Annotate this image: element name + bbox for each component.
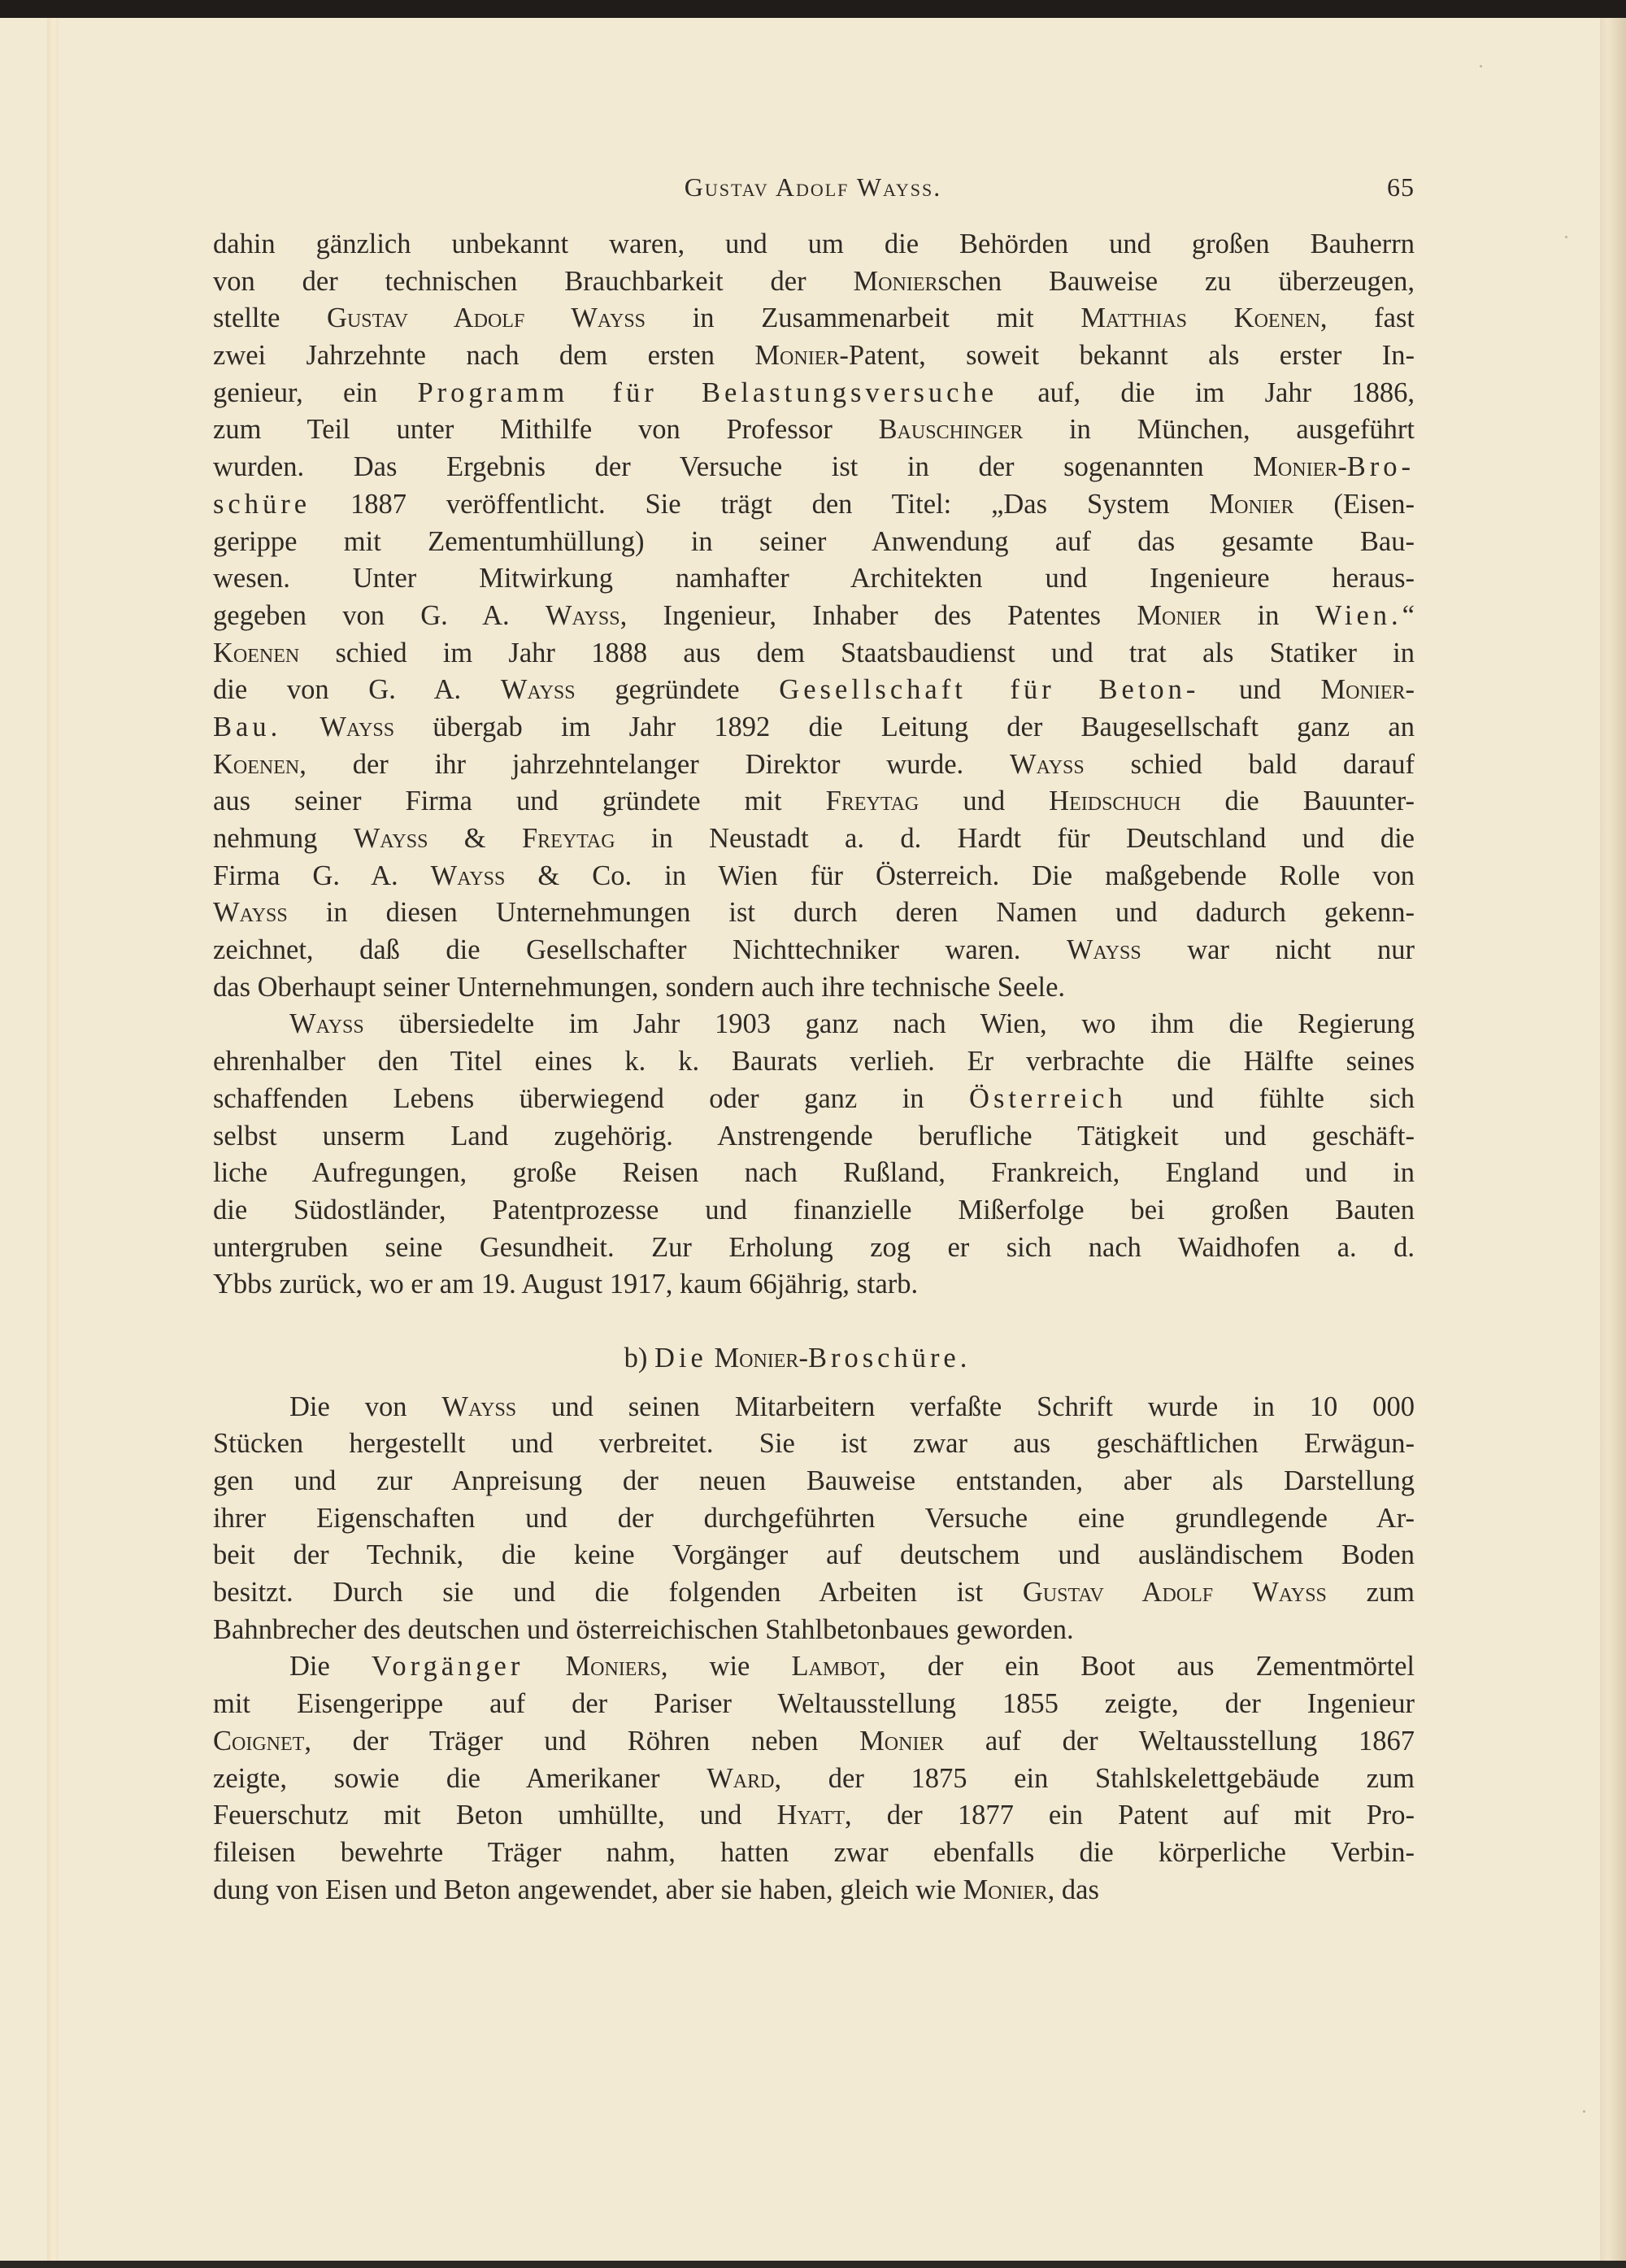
text-line: Bau. Wayss übergab im Jahr 1892 die Leit… [213, 709, 1415, 747]
text-line: fileisen bewehrte Träger nahm, hatten zw… [213, 1835, 1415, 1872]
paragraph-3: Die von Wayss und seinen Mitarbeitern ve… [213, 1389, 1415, 1649]
text-line: schüre 1887 veröffentlicht. Sie trägt de… [213, 486, 1415, 524]
small-caps-name: Matthias Koenen [1080, 303, 1320, 333]
small-caps-name: Monier [963, 1874, 1048, 1905]
text-line: gerippe mit Zementumhüllung) in seiner A… [213, 524, 1415, 561]
spaced-emphasis: Österreich [969, 1083, 1127, 1114]
text-line: gegeben von G. A. Wayss, Ingenieur, Inha… [213, 598, 1415, 635]
scan-border-top [0, 0, 1626, 18]
scan-border-bottom [0, 2261, 1626, 2268]
text-line: dahin gänzlich unbekannt waren, und um d… [213, 226, 1415, 263]
text-line: genieur, ein Programm für Belastungsvers… [213, 375, 1415, 412]
text-line: Firma G. A. Wayss & Co. in Wien für Öste… [213, 858, 1415, 895]
paragraph-4: Die Vorgänger Moniers, wie Lambot, der e… [213, 1648, 1415, 1909]
small-caps-name: Wayss [546, 600, 620, 631]
small-caps-name: Wayss [1010, 749, 1085, 780]
text-line: beit der Technik, die keine Vorgänger au… [213, 1537, 1415, 1574]
small-caps-name: Wayss [354, 823, 428, 854]
text-line: zeichnet, daß die Gesellschafter Nichtte… [213, 932, 1415, 969]
small-caps-name: Hyatt [776, 1800, 845, 1831]
paragraph-2: Wayss übersiedelte im Jahr 1903 ganz nac… [213, 1006, 1415, 1304]
small-caps-name: Ward [706, 1763, 774, 1794]
small-caps-name: Wayss [320, 712, 394, 742]
small-caps-name: Monier [1209, 489, 1293, 520]
text-line: zum Teil unter Mithilfe von Professor Ba… [213, 411, 1415, 449]
small-caps-name: Wayss [441, 1391, 516, 1422]
text-line: Feuerschutz mit Beton umhüllte, und Hyat… [213, 1797, 1415, 1835]
text-line: wurden. Das Ergebnis der Versuche ist in… [213, 449, 1415, 486]
small-caps-name: Monier [754, 340, 839, 371]
small-caps-name: Moniers [565, 1651, 660, 1682]
text-line: Bahnbrecher des deutschen und österreich… [213, 1612, 1415, 1649]
small-caps-name: Freytag [522, 823, 615, 854]
small-caps-name: Gustav Adolf Wayss [1023, 1577, 1327, 1608]
text-line: von der technischen Brauchbarkeit der Mo… [213, 263, 1415, 301]
section-heading-spaced: Broschüre. [808, 1343, 971, 1373]
small-caps-name: Monier [859, 1726, 944, 1757]
text-line: besitzt. Durch sie und die folgenden Arb… [213, 1574, 1415, 1612]
text-line: ihrer Eigenschaften und der durchgeführt… [213, 1500, 1415, 1538]
text-line: das Oberhaupt seiner Unternehmungen, son… [213, 969, 1415, 1007]
small-caps-name: Lambot [791, 1651, 879, 1682]
text-line: liche Aufregungen, große Reisen nach Ruß… [213, 1155, 1415, 1192]
text-line: nehmung Wayss & Freytag in Neustadt a. d… [213, 821, 1415, 858]
text-line: zwei Jahrzehnte nach dem ersten Monier-P… [213, 337, 1415, 375]
small-caps-name: Gustav Adolf Wayss [327, 303, 646, 333]
section-heading-name: Monier [714, 1343, 798, 1373]
text-line: Ybbs zurück, wo er am 19. August 1917, k… [213, 1266, 1415, 1304]
small-caps-name: Bauschinger [879, 414, 1024, 445]
text-line: Die von Wayss und seinen Mitarbeitern ve… [213, 1389, 1415, 1426]
spaced-emphasis: Bro- [1347, 451, 1415, 482]
small-caps-name: Coignet [213, 1726, 304, 1757]
small-caps-name: Wayss [431, 860, 506, 891]
small-caps-name: Wayss [289, 1008, 364, 1039]
paragraph-1: dahin gänzlich unbekannt waren, und um d… [213, 226, 1415, 1006]
text-line: aus seiner Firma und gründete mit Freyta… [213, 783, 1415, 821]
spaced-emphasis: Vorgänger [372, 1651, 524, 1682]
section-heading-prefix: b) [624, 1343, 654, 1373]
text-line: Koenen schied im Jahr 1888 aus dem Staat… [213, 635, 1415, 673]
text-line: stellte Gustav Adolf Wayss in Zusammenar… [213, 300, 1415, 337]
small-caps-name: Monier [854, 266, 938, 297]
small-caps-name: Koenen [213, 638, 299, 668]
section-heading-dash: - [798, 1343, 808, 1373]
text-line: Stücken hergestellt und verbreitet. Sie … [213, 1426, 1415, 1463]
page-edge-right [1600, 18, 1626, 2261]
text-line: mit Eisengerippe auf der Pariser Weltaus… [213, 1686, 1415, 1723]
paper-speck [1480, 65, 1482, 67]
text-line: untergruben seine Gesundheit. Zur Erholu… [213, 1230, 1415, 1267]
text-line: Coignet, der Träger und Röhren neben Mon… [213, 1723, 1415, 1761]
paper-speck [1583, 2110, 1585, 2113]
paper-speck [1565, 236, 1567, 238]
small-caps-name: Wayss [501, 674, 576, 705]
text-line: Wayss in diesen Unternehmungen ist durch… [213, 895, 1415, 932]
page-gutter-fold [47, 18, 59, 2261]
spaced-emphasis: Bau. [213, 712, 281, 742]
text-line: Koenen, der ihr jahrzehntelanger Direkto… [213, 747, 1415, 784]
text-line: schaffenden Lebens überwiegend oder ganz… [213, 1081, 1415, 1118]
text-line: die von G. A. Wayss gegründete Gesellsch… [213, 672, 1415, 709]
small-caps-name: Monier [1137, 600, 1221, 631]
spaced-emphasis: Programm für Belastungsversuche [418, 377, 998, 408]
page-number: 65 [1387, 172, 1415, 202]
text-line: die Südostländer, Patentprozesse und fin… [213, 1192, 1415, 1230]
text-line: selbst unserm Land zugehörig. Anstrengen… [213, 1118, 1415, 1156]
spaced-emphasis: schüre [213, 489, 311, 520]
small-caps-name: Wayss [213, 897, 288, 928]
small-caps-name: Freytag [826, 786, 920, 816]
small-caps-name: Monier [1253, 451, 1337, 482]
spaced-emphasis: Wien. [1315, 600, 1402, 631]
text-line: zeigte, sowie die Amerikaner Ward, der 1… [213, 1761, 1415, 1798]
text-line: gen und zur Anpreisung der neuen Bauweis… [213, 1463, 1415, 1500]
small-caps-name: Monier [1321, 674, 1406, 705]
small-caps-name: Heidschuch [1049, 786, 1180, 816]
section-heading-spaced: Die [654, 1343, 707, 1373]
small-caps-name: Koenen [213, 749, 299, 780]
running-head: Gustav Adolf Wayss. 65 [211, 172, 1415, 213]
text-line: wesen. Unter Mitwirkung namhafter Archit… [213, 560, 1415, 598]
text-line: ehrenhalber den Titel eines k. k. Baurat… [213, 1043, 1415, 1081]
text-line: dung von Eisen und Beton angewendet, abe… [213, 1872, 1415, 1909]
text-line: Die Vorgänger Moniers, wie Lambot, der e… [213, 1648, 1415, 1686]
text-line: Wayss übersiedelte im Jahr 1903 ganz nac… [213, 1006, 1415, 1043]
running-head-title: Gustav Adolf Wayss. [211, 172, 1415, 202]
small-caps-name: Wayss [1067, 934, 1141, 965]
body-text: dahin gänzlich unbekannt waren, und um d… [213, 226, 1415, 1909]
section-heading: b) Die Monier-Broschüre. [213, 1340, 1415, 1378]
spaced-emphasis: Gesellschaft für Beton- [779, 674, 1199, 705]
